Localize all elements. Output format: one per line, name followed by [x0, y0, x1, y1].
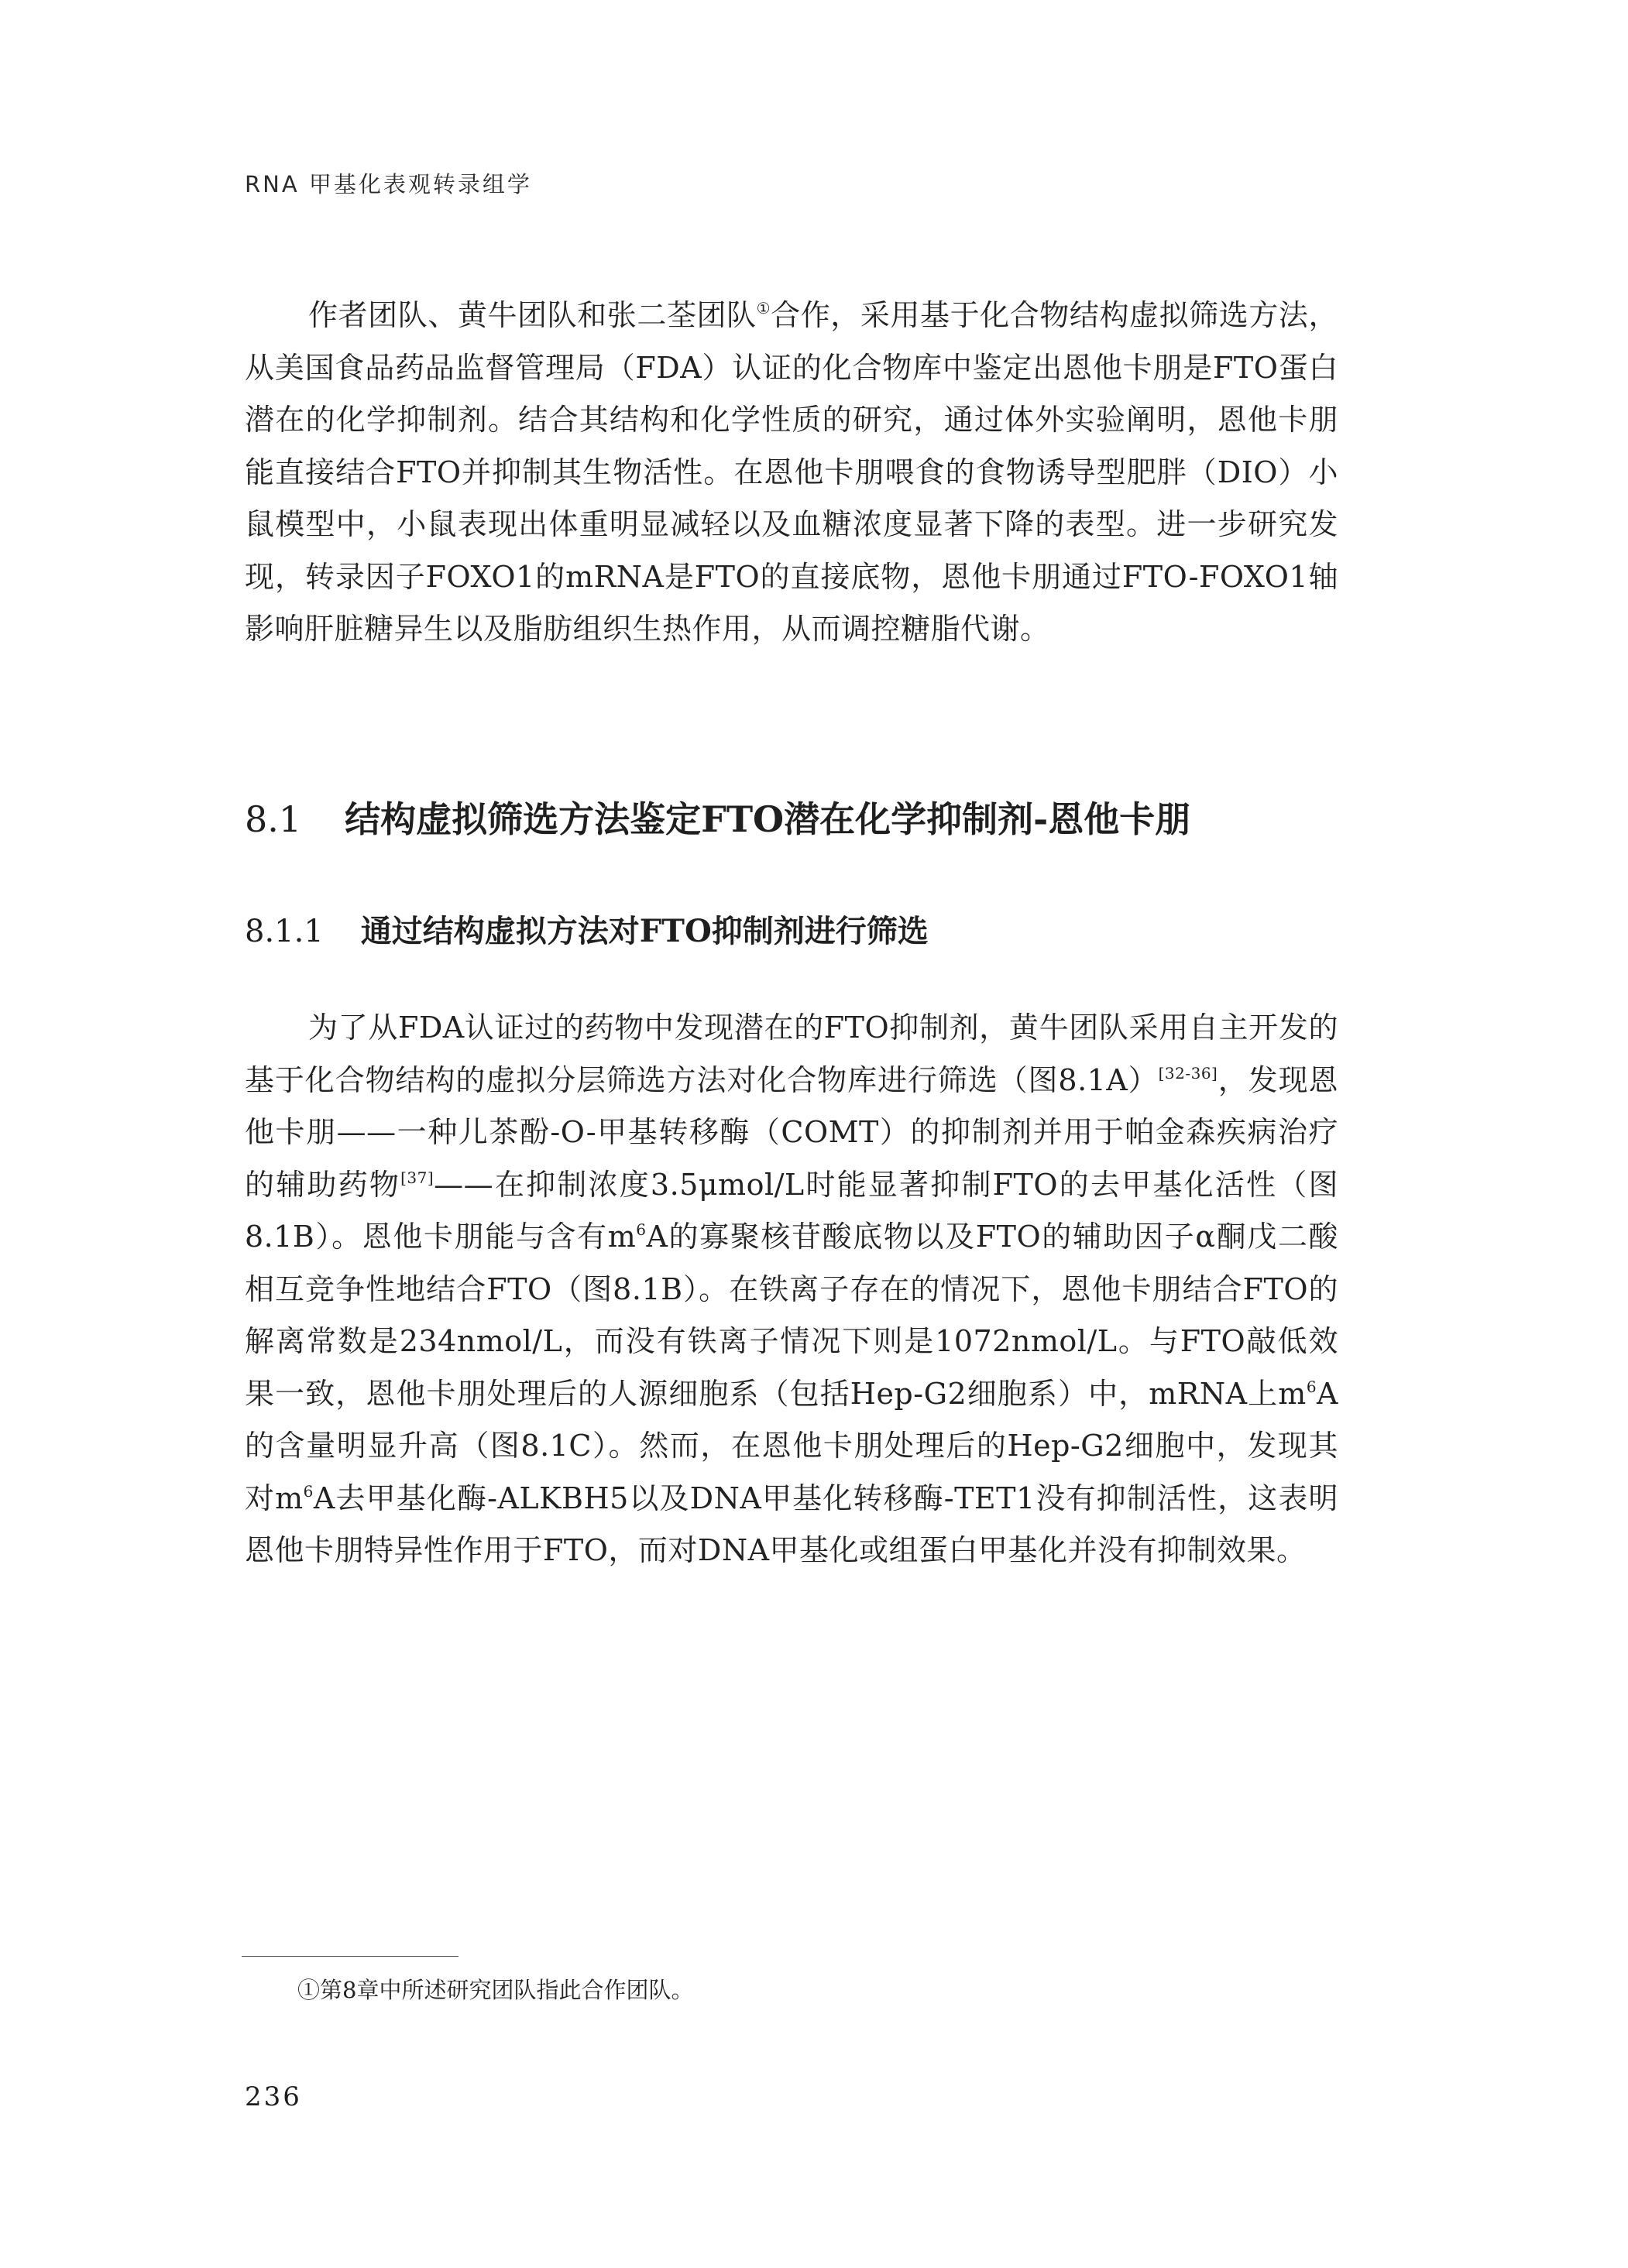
citation-ref[interactable]: [37]: [400, 1168, 434, 1187]
intro-paragraph: 作者团队、黄牛团队和张二荃团队①合作，采用基于化合物结构虚拟筛选方法，从美国食品…: [245, 290, 1338, 656]
superscript-6: 6: [1307, 1378, 1317, 1396]
page-number: 236: [245, 2081, 302, 2112]
intro-text-part1: 作者团队、黄牛团队和张二荃团队: [308, 298, 757, 332]
body-paragraph-block: 为了从FDA认证过的药物中发现潜在的FTO抑制剂，黄牛团队采用自主开发的基于化合…: [245, 1002, 1338, 1577]
section-title: 结构虚拟筛选方法鉴定FTO潜在化学抑制剂-恩他卡朋: [345, 798, 1190, 840]
subsection-heading: 8.1.1通过结构虚拟方法对FTO抑制剂进行筛选: [245, 907, 929, 951]
body-paragraph: 为了从FDA认证过的药物中发现潜在的FTO抑制剂，黄牛团队采用自主开发的基于化合…: [245, 1002, 1338, 1577]
section-heading: 8.1结构虚拟筛选方法鉴定FTO潜在化学抑制剂-恩他卡朋: [245, 791, 1190, 842]
intro-paragraph-block: 作者团队、黄牛团队和张二荃团队①合作，采用基于化合物结构虚拟筛选方法，从美国食品…: [245, 290, 1338, 656]
citation-ref[interactable]: [32-36]: [1159, 1064, 1218, 1083]
body-text-seg1: 为了从FDA认证过的药物中发现潜在的FTO抑制剂，黄牛团队采用自主开发的基于化合…: [245, 1010, 1338, 1097]
footnote-ref-marker[interactable]: ①: [757, 299, 771, 317]
footnote: ①第8章中所述研究团队指此合作团队。: [297, 1973, 693, 2005]
superscript-6: 6: [304, 1482, 314, 1501]
body-text-seg6: A去甲基化酶-ALKBH5以及DNA甲基化转移酶-TET1没有抑制活性，这表明恩…: [245, 1481, 1338, 1568]
running-header: RNA 甲基化表观转录组学: [245, 167, 532, 199]
intro-text-part2: 合作，采用基于化合物结构虚拟筛选方法，从美国食品药品监督管理局（FDA）认证的化…: [245, 298, 1338, 646]
footnote-divider: [242, 1956, 459, 1957]
superscript-6: 6: [636, 1220, 646, 1239]
subsection-number: 8.1.1: [245, 914, 324, 949]
section-number: 8.1: [245, 798, 301, 840]
subsection-title: 通过结构虚拟方法对FTO抑制剂进行筛选: [361, 913, 929, 949]
